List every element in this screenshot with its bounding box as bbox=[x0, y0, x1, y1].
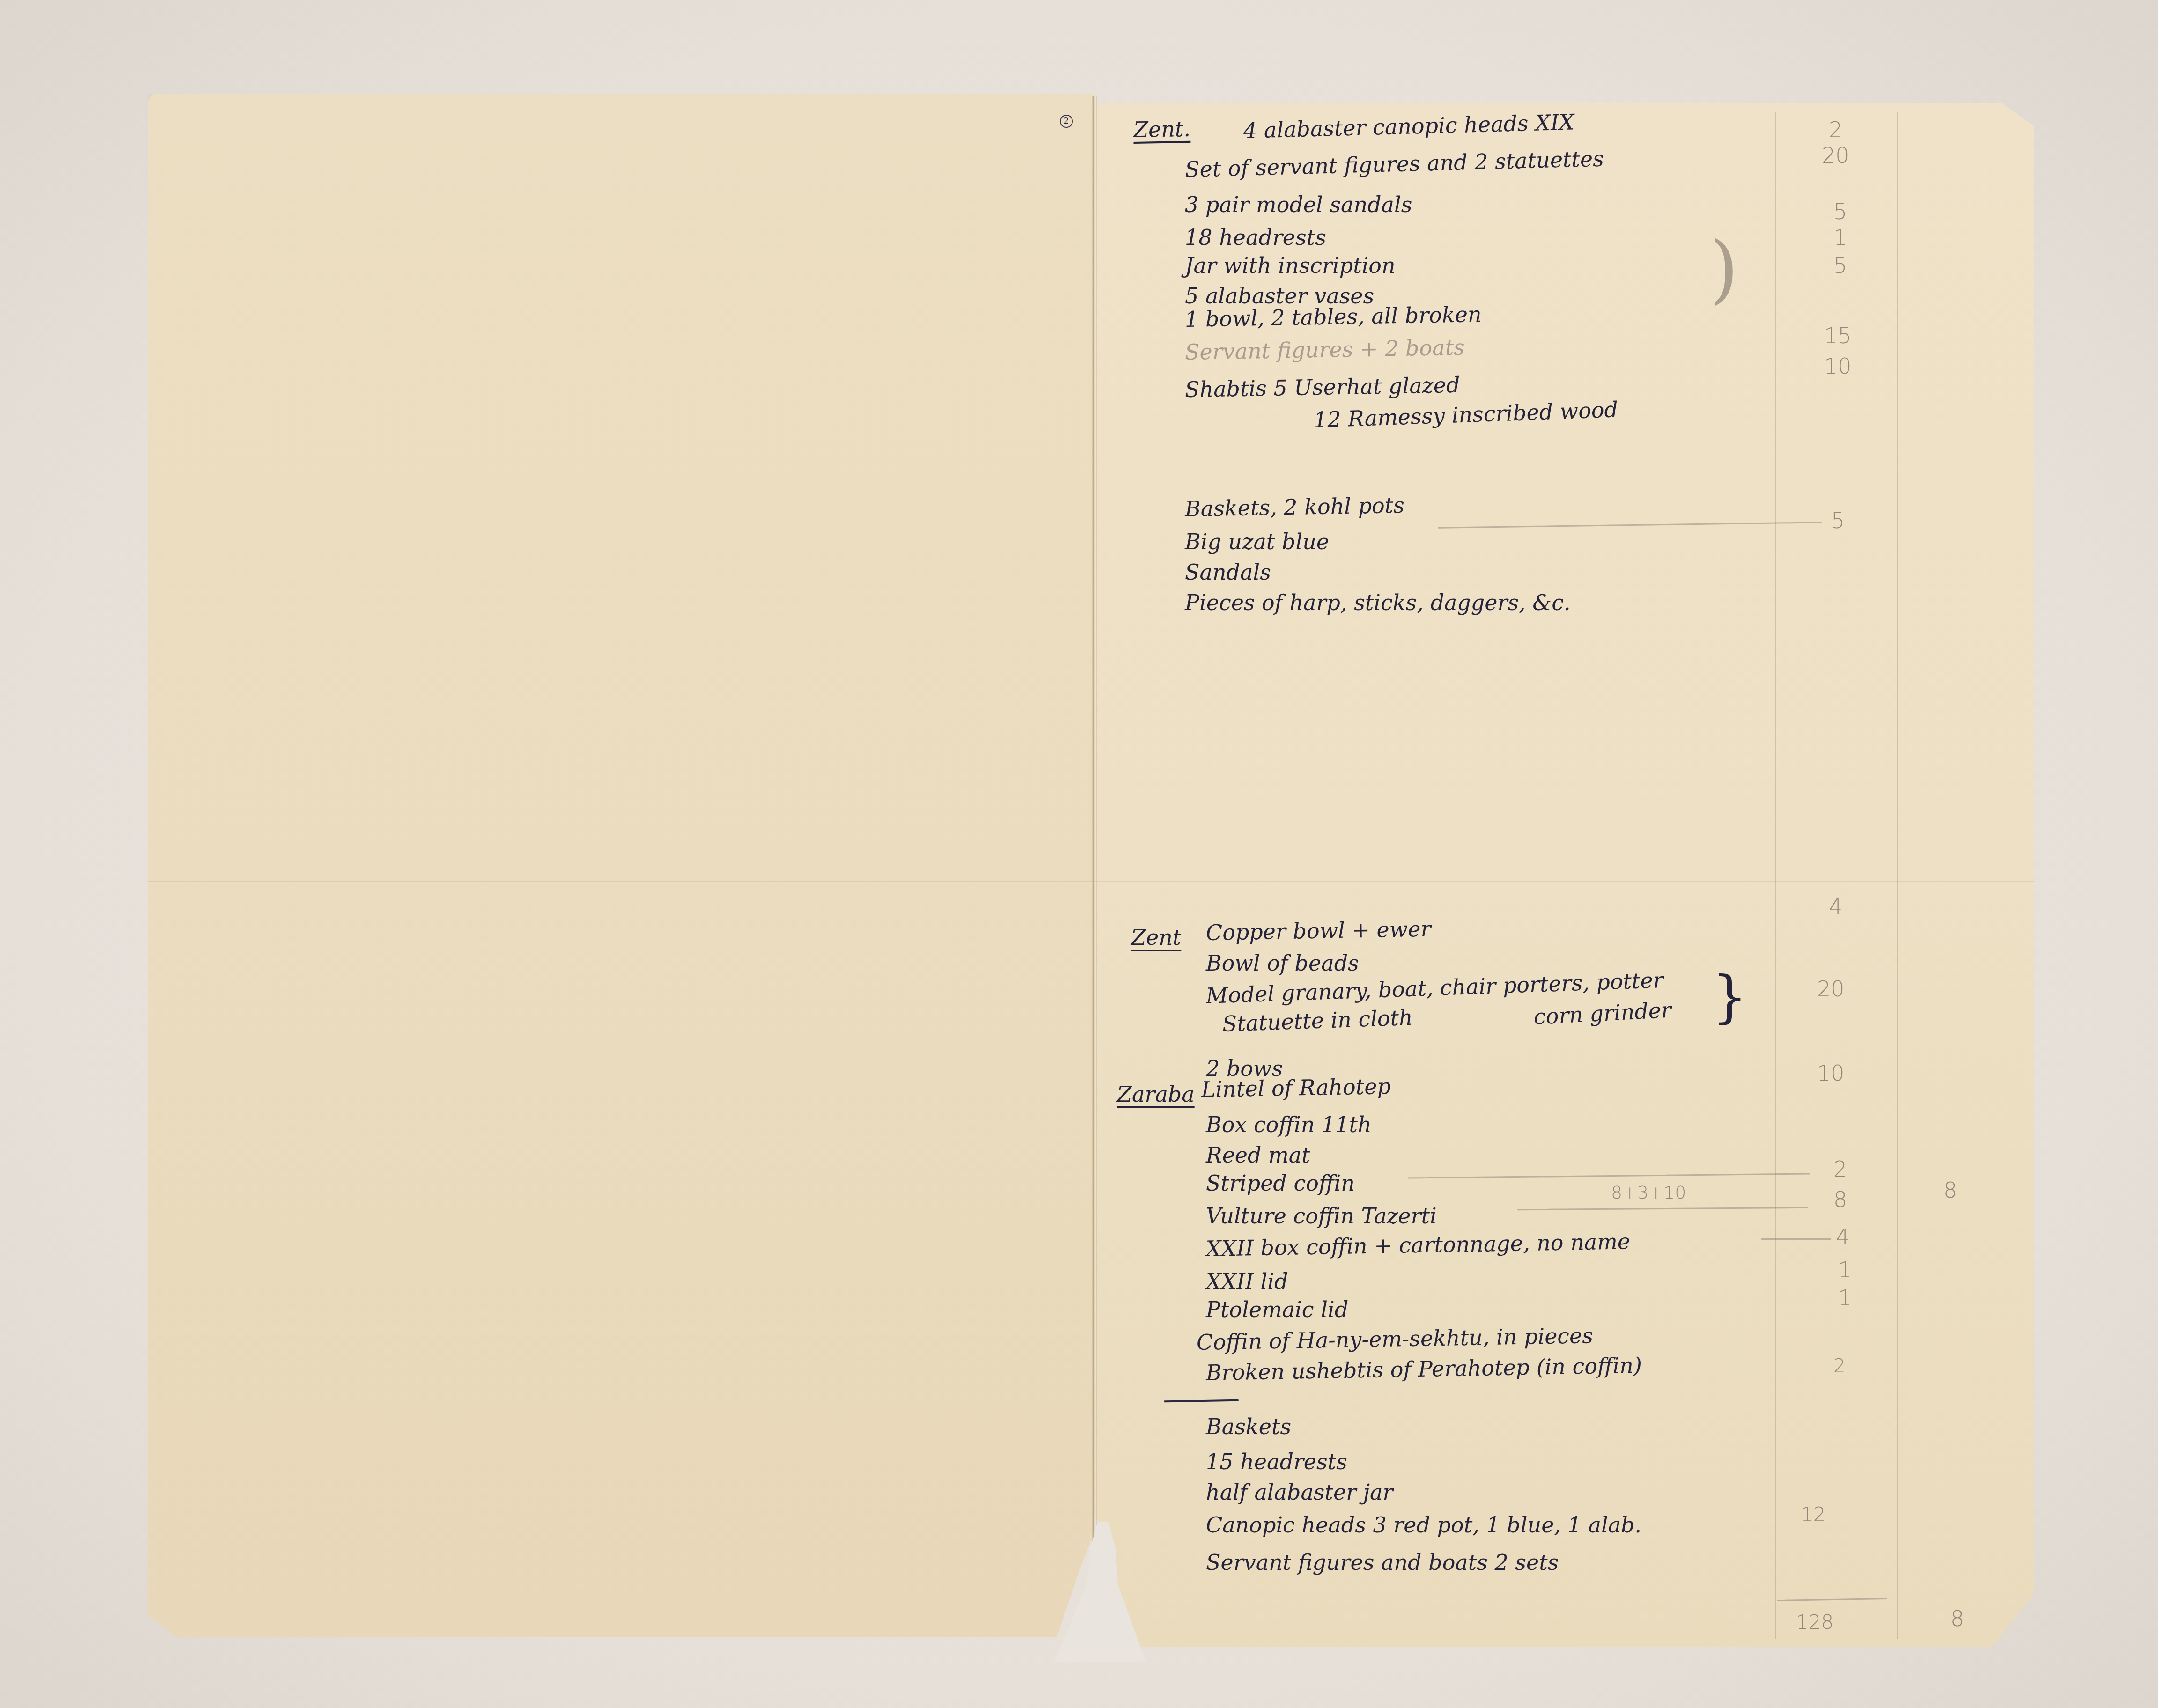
list-item: half alabaster jar bbox=[1206, 1480, 1393, 1505]
section-label: Zent bbox=[1131, 925, 1181, 950]
item-count: 10 bbox=[1817, 1060, 1845, 1086]
grand-total: 128 bbox=[1796, 1611, 1833, 1634]
pencil-leader-line bbox=[1761, 1238, 1831, 1240]
list-item: Box coffin 11th bbox=[1206, 1112, 1372, 1137]
ruled-column-line bbox=[1775, 112, 1776, 1639]
list-item: 15 headrests bbox=[1206, 1449, 1347, 1474]
ruled-column-line bbox=[1897, 112, 1898, 1639]
list-item: Baskets bbox=[1206, 1414, 1291, 1439]
list-item: Vulture coffin Tazerti bbox=[1206, 1203, 1437, 1229]
section-label: Zaraba bbox=[1117, 1082, 1195, 1107]
list-item: Big uzat blue bbox=[1185, 529, 1329, 554]
list-item: Servant figures + 2 boats bbox=[1185, 335, 1465, 365]
item-count: 1 bbox=[1838, 1257, 1852, 1282]
horizontal-fold bbox=[148, 881, 2034, 883]
list-item: Pieces of harp, sticks, daggers, &c. bbox=[1185, 590, 1571, 615]
pencil-note: 8+3+10 bbox=[1611, 1182, 1686, 1203]
item-count: 4 bbox=[1836, 1224, 1849, 1250]
list-item: XXII lid bbox=[1206, 1269, 1288, 1294]
item-count: 2 bbox=[1833, 1156, 1847, 1182]
center-fold bbox=[1092, 96, 1097, 1547]
item-count: 12 bbox=[1801, 1503, 1825, 1526]
page-number: 2 bbox=[1060, 115, 1073, 128]
pencil-bracket: ) bbox=[1709, 225, 1738, 312]
list-item: Ptolemaic lid bbox=[1206, 1297, 1348, 1322]
list-item: 18 headrests bbox=[1185, 225, 1326, 250]
list-item: 3 pair model sandals bbox=[1185, 192, 1412, 217]
item-count: 1 bbox=[1833, 225, 1847, 250]
list-item: Striped coffin bbox=[1206, 1171, 1355, 1196]
ink-brace: } bbox=[1712, 964, 1747, 1030]
side-count: 8 bbox=[1944, 1178, 1957, 1203]
list-item: Canopic heads 3 red pot, 1 blue, 1 alab. bbox=[1206, 1512, 1641, 1538]
item-count: 2 bbox=[1833, 1355, 1845, 1377]
item-count: 2 bbox=[1829, 117, 1842, 142]
list-item: Servant figures and boats 2 sets bbox=[1206, 1550, 1559, 1575]
item-count: 4 bbox=[1829, 894, 1842, 920]
list-item: Bowl of beads bbox=[1206, 950, 1359, 976]
list-item: Jar with inscription bbox=[1185, 253, 1396, 278]
list-item: Baskets, 2 kohl pots bbox=[1185, 493, 1405, 522]
item-count: 20 bbox=[1822, 143, 1849, 168]
item-count: 20 bbox=[1817, 976, 1845, 1001]
item-count: 15 bbox=[1824, 323, 1852, 348]
item-count: 8 bbox=[1833, 1187, 1847, 1212]
item-count: 5 bbox=[1833, 199, 1847, 224]
item-count: 5 bbox=[1831, 508, 1845, 533]
left-page bbox=[148, 94, 1094, 1637]
list-item: Sandals bbox=[1185, 560, 1271, 585]
list-item: Copper bowl + ewer bbox=[1206, 916, 1431, 945]
list-item: 1 bowl, 2 tables, all broken bbox=[1185, 302, 1482, 332]
list-item: Shabtis 5 Userhat glazed bbox=[1185, 372, 1460, 402]
list-item: Lintel of Rahotep bbox=[1201, 1074, 1391, 1102]
section-label: Zent. bbox=[1133, 116, 1191, 142]
item-count: 1 bbox=[1838, 1285, 1852, 1310]
list-item: Reed mat bbox=[1206, 1142, 1310, 1168]
item-count: 10 bbox=[1824, 353, 1852, 379]
item-count: 5 bbox=[1833, 253, 1847, 278]
side-total: 8 bbox=[1951, 1606, 1964, 1631]
